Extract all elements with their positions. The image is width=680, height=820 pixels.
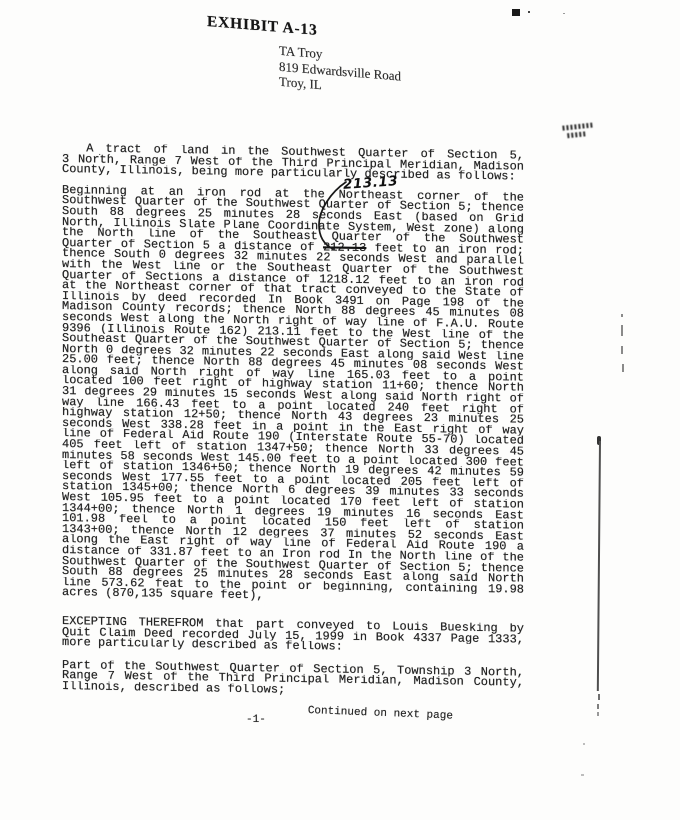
scan-artifact-dot [528,11,530,13]
scan-artifact-dash [597,712,599,716]
stamp-smudge-line [567,131,587,138]
stamp-smudge-line [562,123,592,131]
pen-stroke-line [300,168,380,260]
excepting-paragraph: EXCEPTING THEREFROM that part conveyed t… [62,616,524,655]
scan-artifact-dash [622,364,624,372]
scan-artifact-speck [581,774,584,776]
scan-artifact-speck [583,743,585,745]
metes-and-bounds-paragraph: Beginning at an iron rod at the Northeas… [62,185,524,606]
scan-artifact-dash [621,314,623,317]
scan-artifact-vertical-line [597,441,601,691]
exhibit-title: EXHIBIT A-13 [207,13,318,40]
scan-artifact-dash [597,704,599,709]
scan-artifact-block [512,9,520,16]
tract-intro-paragraph: A tract of land in the Southwest Quarter… [62,143,524,182]
scan-artifact-dot [563,13,565,14]
exception-description-paragraph: Part of the Southwest Quarter of Section… [62,660,524,699]
scan-artifact-dash [621,346,623,354]
scan-artifact-dash [598,694,600,700]
continued-note: Continued on next page [308,705,454,723]
scanned-document-page: EXHIBIT A-13 TA Troy819 Edwardsville Roa… [0,0,680,820]
scan-artifact-dash [621,325,623,336]
legal-description: A tract of land in the Southwest Quarter… [62,143,524,699]
page-number: -1- [246,714,266,726]
illegible-stamp [557,119,601,145]
address-block: TA Troy819 Edwardsville RoadTroy, IL [279,43,401,99]
